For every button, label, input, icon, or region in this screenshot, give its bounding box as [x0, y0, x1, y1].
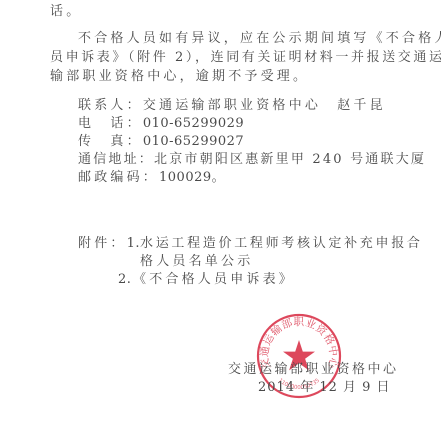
- contact-address: 通信地址：北京市朝阳区惠新里甲 240 号通联大厦: [78, 152, 426, 168]
- address-label: 通信地址：: [78, 152, 154, 167]
- contact-phone: 电 话：010-65299029: [78, 116, 244, 132]
- phone-value: 010-65299029: [143, 116, 244, 131]
- contact-person: 联系人：交通运输部职业资格中心 赵千昆: [78, 98, 386, 114]
- attachment-1-line-1: 水运工程造价工程师考核认定补充申报合: [140, 236, 423, 252]
- address-value: 北京市朝阳区惠新里甲 240 号通联大厦: [154, 152, 426, 167]
- attachment-2-number: 2.: [118, 272, 131, 288]
- continuation-text: 话。: [50, 4, 82, 20]
- signature-organization: 交通运输部职业资格中心: [228, 362, 399, 378]
- attachment-2-line-1: 《不合格人员申诉表》: [133, 272, 295, 288]
- phone-label: 电 话：: [78, 116, 143, 131]
- fax-value: 010-65299027: [143, 134, 244, 149]
- contact-postcode: 邮政编码：100029。: [78, 170, 225, 186]
- contact-person-value: 交通运输部职业资格中心 赵千昆: [143, 98, 386, 113]
- attachments-label: 附件：: [78, 236, 127, 251]
- signature-date: 2014 年 12 月 9 日: [258, 380, 391, 396]
- objection-line-3: 输部职业资格中心，逾期不予受理。: [50, 69, 309, 85]
- objection-line-1: 不合格人员如有异议，应在公示期间填写《不合格人: [78, 31, 441, 47]
- postcode-value: 100029。: [159, 170, 225, 185]
- fax-label: 传 真：: [78, 134, 143, 149]
- attachment-1-number: 1.: [127, 236, 140, 251]
- attachment-1-line-2: 格人员名单公示: [140, 254, 253, 270]
- contact-person-label: 联系人：: [78, 98, 143, 113]
- objection-line-2: 员申诉表》（附件 2），连同有关证明材料一并报送交通运: [50, 50, 441, 66]
- contact-fax: 传 真：010-65299027: [78, 134, 244, 150]
- postcode-label: 邮政编码：: [78, 170, 159, 185]
- attachment-1: 附件：1.: [78, 236, 140, 252]
